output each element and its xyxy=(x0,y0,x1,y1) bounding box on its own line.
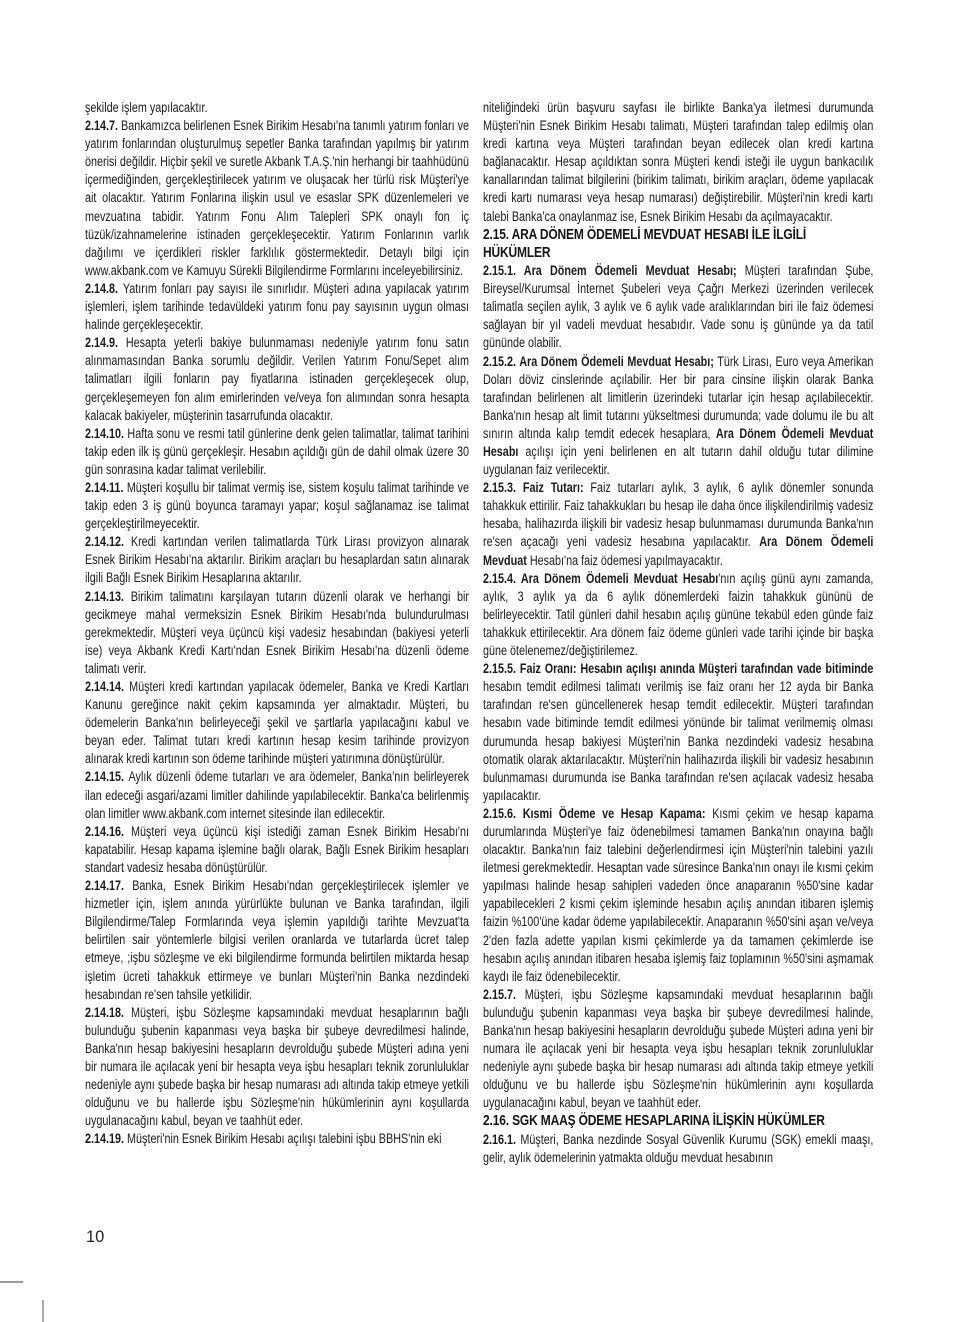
right-column: niteliğindeki ürün başvuru sayfası ile b… xyxy=(483,99,873,1167)
paragraph: 2.14.16. Müşteri veya üçüncü kişi istedi… xyxy=(85,823,469,877)
bold-text-run: 2.14.14. xyxy=(85,679,129,694)
scan-artifact-vertical-line xyxy=(42,1300,44,1322)
bold-text-run: 2.14.10. xyxy=(85,426,127,441)
bold-text-run: 2.14.9. xyxy=(85,335,126,350)
text-run: Müşteri'nin Esnek Birikim Hesabı açılışı… xyxy=(127,1131,441,1146)
paragraph: niteliğindeki ürün başvuru sayfası ile b… xyxy=(483,99,873,226)
paragraph: 2.14.18. Müşteri, işbu Sözleşme kapsamın… xyxy=(85,1004,469,1131)
bold-text-run: 2.14.13. xyxy=(85,589,131,604)
paragraph: 2.15.1. Ara Dönem Ödemeli Mevduat Hesabı… xyxy=(483,262,873,352)
text-run: Hafta sonu ve resmi tatil günlerine denk… xyxy=(85,426,469,477)
bold-text-run: 2.14.17. xyxy=(85,878,132,893)
text-run: Müşteri veya üçüncü kişi istediği zaman … xyxy=(85,824,469,875)
bold-text-run: 2.14.15. xyxy=(85,769,129,784)
text-run: Birikim talimatını karşılayan tutarın dü… xyxy=(85,589,469,676)
paragraph: 2.14.17. Banka, Esnek Birikim Hesabı'nda… xyxy=(85,877,469,1004)
bold-text-run: 2.15.3. Faiz Tutarı: xyxy=(483,480,584,495)
paragraph: 2.16.1. Müşteri, Banka nezdinde Sosyal G… xyxy=(483,1131,873,1167)
paragraph: 2.14.11. Müşteri koşullu bir talimat ver… xyxy=(85,479,469,533)
text-run: Yatırım fonları pay sayısı ile sınırlıdı… xyxy=(85,281,469,332)
text-run: Banka, Esnek Birikim Hesabı'ndan gerçekl… xyxy=(85,878,469,1002)
text-run: Müşteri koşullu bir talimat vermiş ise, … xyxy=(85,480,469,531)
paragraph: 2.15.7. Müşteri, işbu Sözleşme kapsamınd… xyxy=(483,986,873,1113)
bold-text-run: 2.15.7. xyxy=(483,987,525,1002)
paragraph: 2.14.14. Müşteri kredi kartından yapılac… xyxy=(85,678,469,768)
text-run: Bankamızca belirlenen Esnek Birikim Hesa… xyxy=(85,118,469,278)
paragraph: 2.14.8. Yatırım fonları pay sayısı ile s… xyxy=(85,280,469,334)
bold-text-run: 2.16. SGK MAAŞ ÖDEME HESAPLARINA İLİŞKİN… xyxy=(483,1112,825,1129)
paragraph: 2.15.3. Faiz Tutarı: Faiz tutarları aylı… xyxy=(483,479,873,569)
paragraph: 2.15.5. Faiz Oranı: Hesabın açılışı anın… xyxy=(483,660,873,805)
bold-text-run: 2.15.2. Ara Dönem Ödemeli Mevduat Hesabı… xyxy=(483,354,714,369)
section-heading: 2.15. ARA DÖNEM ÖDEMELİ MEVDUAT HESABI İ… xyxy=(483,226,873,262)
text-run: Kredi kartından verilen talimatlarda Tür… xyxy=(85,534,469,585)
text-run: Müşteri, işbu Sözleşme kapsamındaki mevd… xyxy=(483,987,873,1111)
document-page: şekilde işlem yapılacaktır.2.14.7. Banka… xyxy=(0,0,960,1322)
bold-text-run: 2.15.4. Ara Dönem Ödemeli Mevduat Hesabı xyxy=(483,571,718,586)
paragraph: 2.14.12. Kredi kartından verilen talimat… xyxy=(85,533,469,587)
bold-text-run: 2.14.8. xyxy=(85,281,123,296)
text-run: Müşteri, Banka nezdinde Sosyal Güvenlik … xyxy=(483,1132,873,1165)
text-run: hesabın temdit edilmesi talimatı verilmi… xyxy=(483,679,873,803)
paragraph: 2.15.6. Kısmi Ödeme ve Hesap Kapama: Kıs… xyxy=(483,805,873,986)
bold-text-run: 2.14.7. xyxy=(85,118,121,133)
bold-text-run: 2.14.18. xyxy=(85,1005,131,1020)
paragraph: 2.14.9. Hesapta yeterli bakiye bulunmama… xyxy=(85,334,469,424)
paragraph: 2.15.4. Ara Dönem Ödemeli Mevduat Hesabı… xyxy=(483,570,873,660)
paragraph: 2.15.2. Ara Dönem Ödemeli Mevduat Hesabı… xyxy=(483,353,873,480)
bold-text-run: 2.15. ARA DÖNEM ÖDEMELİ MEVDUAT HESABI İ… xyxy=(483,226,806,261)
text-run: Kısmi çekim ve hesap kapama durumlarında… xyxy=(483,806,873,984)
text-run: niteliğindeki ürün başvuru sayfası ile b… xyxy=(483,100,873,224)
paragraph: 2.14.19. Müşteri'nin Esnek Birikim Hesab… xyxy=(85,1130,469,1148)
page-number: 10 xyxy=(86,1228,104,1247)
paragraph: 2.14.10. Hafta sonu ve resmi tatil günle… xyxy=(85,425,469,479)
section-heading: 2.16. SGK MAAŞ ÖDEME HESAPLARINA İLİŞKİN… xyxy=(483,1112,873,1130)
left-column: şekilde işlem yapılacaktır.2.14.7. Banka… xyxy=(85,99,469,1148)
bold-text-run: 2.14.16. xyxy=(85,824,131,839)
bold-text-run: 2.15.6. Kısmi Ödeme ve Hesap Kapama: xyxy=(483,806,706,821)
bold-text-run: 2.15.5. Faiz Oranı: Hesabın açılışı anın… xyxy=(483,661,873,676)
paragraph: 2.14.15. Aylık düzenli ödeme tutarları v… xyxy=(85,768,469,822)
text-run: Müşteri, işbu Sözleşme kapsamındaki mevd… xyxy=(85,1005,469,1129)
text-run: Aylık düzenli ödeme tutarları ve ara öde… xyxy=(85,769,469,820)
bold-text-run: 2.15.1. Ara Dönem Ödemeli Mevduat Hesabı… xyxy=(483,263,737,278)
text-run: şekilde işlem yapılacaktır. xyxy=(85,100,207,115)
scan-artifact-horizontal-line xyxy=(0,1281,23,1283)
text-run: açılışı için yeni belirlenen en alt tuta… xyxy=(483,444,873,477)
text-run: Hesapta yeterli bakiye bulunmaması neden… xyxy=(85,335,469,422)
paragraph: 2.14.13. Birikim talimatını karşılayan t… xyxy=(85,588,469,678)
bold-text-run: 2.14.19. xyxy=(85,1131,127,1146)
paragraph: şekilde işlem yapılacaktır. xyxy=(85,99,469,117)
bold-text-run: 2.16.1. xyxy=(483,1132,520,1147)
paragraph: 2.14.7. Bankamızca belirlenen Esnek Biri… xyxy=(85,117,469,280)
bold-text-run: 2.14.12. xyxy=(85,534,131,549)
bold-text-run: 2.14.11. xyxy=(85,480,127,495)
text-run: Hesabı'na faiz ödemesi yapılmayacaktır. xyxy=(527,553,723,568)
text-run: Müşteri kredi kartından yapılacak ödemel… xyxy=(85,679,469,766)
